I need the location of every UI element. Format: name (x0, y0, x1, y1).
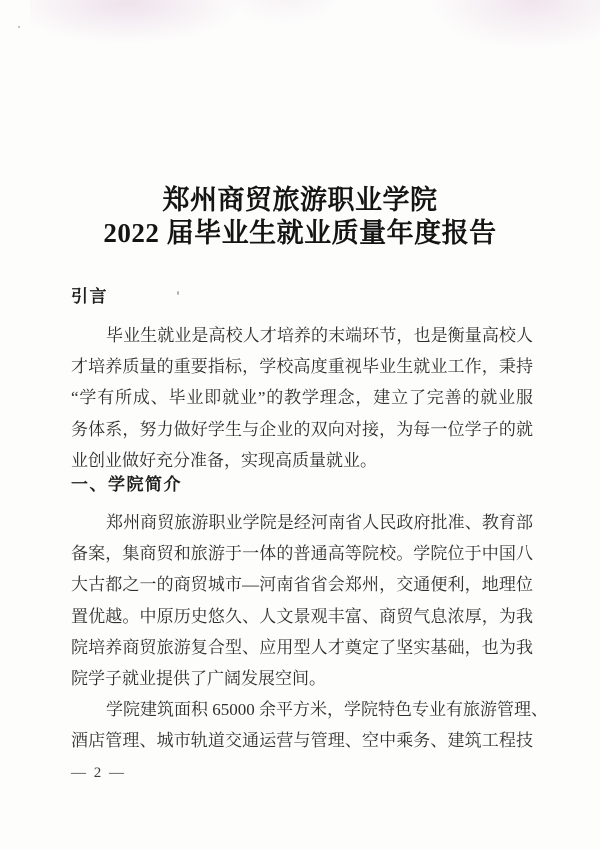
body-line: 院培养商贸旅游复合型、应用型人才奠定了坚实基础，也为我 (71, 632, 533, 663)
body-line: 学院建筑面积 65000 余平方米，学院特色专业有旅游管理、 (71, 694, 533, 725)
campus-facts-paragraph: 学院建筑面积 65000 余平方米，学院特色专业有旅游管理、 酒店管理、城市轨道… (71, 694, 533, 756)
college-intro-paragraph: 郑州商贸旅游职业学院是经河南省人民政府批准、教育部 备案，集商贸和旅游于一体的普… (71, 507, 533, 694)
body-line: 业创业做好充分准备，实现高质量就业。 (71, 445, 533, 476)
intro-heading: 引言 (71, 286, 533, 308)
report-title-line1: 郑州商贸旅游职业学院 (0, 184, 600, 217)
body-line: 酒店管理、城市轨道交通运营与管理、空中乘务、建筑工程技 (71, 725, 533, 756)
body-line: 置优越。中原历史悠久、人文景观丰富、商贸气息浓厚，为我 (71, 601, 533, 632)
body-line: 才培养质量的重要指标，学校高度重视毕业生就业工作，秉持 (71, 351, 533, 382)
body-line: 务体系，努力做好学生与企业的双向对接，为每一位学子的就 (71, 414, 533, 445)
body-line: 大古都之一的商贸城市—河南省省会郑州，交通便利，地理位 (71, 569, 533, 600)
report-title-line2: 2022 届毕业生就业质量年度报告 (0, 217, 600, 250)
body-line: 院学子就业提供了广阔发展空间。 (71, 663, 533, 694)
intro-paragraph: 毕业生就业是高校人才培养的末端环节，也是衡量高校人 才培养质量的重要指标，学校高… (71, 320, 533, 476)
page-number: — 2 — (71, 762, 126, 784)
body-line: 备案，集商贸和旅游于一体的普通高等院校。学院位于中国八 (71, 538, 533, 569)
body-line: “学有所成、毕业即就业”的教学理念，建立了完善的就业服 (71, 382, 533, 413)
scan-smudge-top-left (30, 0, 245, 44)
section-heading: 一、学院简介 (71, 474, 533, 496)
report-title: 郑州商贸旅游职业学院 2022 届毕业生就业质量年度报告 (0, 184, 600, 250)
body-line: 毕业生就业是高校人才培养的末端环节，也是衡量高校人 (71, 320, 533, 351)
body-line: 郑州商贸旅游职业学院是经河南省人民政府批准、教育部 (71, 507, 533, 538)
scan-smudge-top-mid (225, 0, 345, 26)
scan-smudge-top-right (428, 0, 600, 50)
scanned-document-page: 郑州商贸旅游职业学院 2022 届毕业生就业质量年度报告 引言 毕业生就业是高校… (0, 0, 600, 849)
scan-speck (18, 26, 20, 28)
